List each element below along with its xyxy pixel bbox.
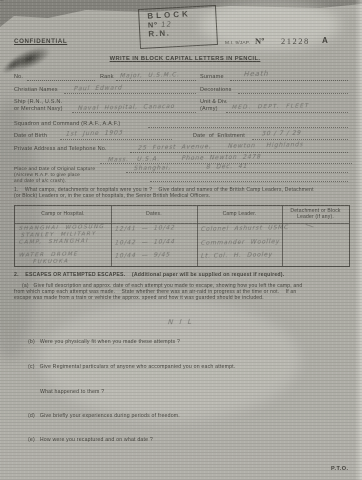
- dotted-line: [148, 126, 348, 128]
- question2-a-line3: escape was made from a train or vehicle …: [14, 295, 352, 301]
- question2-d: (d) Give briefly your experiences during…: [28, 413, 348, 419]
- dotted-line: [150, 180, 348, 182]
- page-right-edge: [355, 0, 362, 480]
- question2-e: (e) How were you recaptured and on what …: [28, 437, 348, 443]
- col-header-detachment-2: Leader (if any).: [282, 214, 349, 220]
- question1-line2: (or Block) Leaders or, in the case of ho…: [14, 193, 350, 199]
- table-row-dates: 10/42 — 10/44: [115, 238, 176, 246]
- field-address-label: Private Address and Telephone No.: [14, 146, 107, 153]
- field-unit-label-1: Unit & Div.: [200, 99, 228, 106]
- block-number-stamp: BLOCK Nº 12 R.N.: [138, 5, 218, 49]
- field-christian-names-label: Christian Names: [14, 87, 58, 94]
- field-surname-label: Surname: [200, 74, 224, 81]
- table-row-leader: Commander Woolley: [201, 238, 281, 247]
- col-header-dates: Dates.: [111, 211, 197, 217]
- table-row-camp: Fukuoka: [33, 259, 69, 266]
- dob-handwritten-value: 1st June 1903: [66, 129, 124, 137]
- page-turn-over-marking: P.T.O.: [331, 466, 349, 472]
- question2-title: 2. ESCAPES OR ATTEMPTED ESCAPES. (Additi…: [14, 272, 350, 278]
- dotted-line: [130, 151, 348, 153]
- field-ship-label-2: or Merchant Navy): [14, 106, 63, 113]
- confidential-marking: CONFIDENTIAL: [14, 38, 67, 45]
- field-rank-label: Rank: [100, 74, 114, 81]
- dotted-line: [226, 111, 348, 113]
- serial-prefix: M.I. 9/JAP.: [225, 41, 250, 47]
- field-enlistment-label: Date of Enlistment: [193, 133, 245, 140]
- table-row-dates: 10/44 — 9/45: [115, 251, 171, 259]
- table-row-camp: Water Drome: [19, 251, 79, 258]
- table-row-detachment-mark: —: [304, 220, 316, 233]
- dotted-line: [230, 79, 348, 81]
- field-capture-label-1: Place and Date of Original Capture: [14, 167, 95, 173]
- dotted-line: [27, 79, 95, 81]
- col-header-camp: Camp or Hospital.: [15, 211, 111, 217]
- field-unit-label-2: (Army): [200, 106, 218, 113]
- field-no-label: No.: [14, 74, 23, 81]
- serial-number: 21228: [281, 36, 310, 46]
- serial-no-label: Nº: [255, 36, 264, 46]
- dotted-line: [252, 138, 348, 140]
- enlistment-handwritten-value: 30 / 7 / 29: [262, 130, 302, 138]
- nil-handwritten-answer: N I L: [168, 318, 194, 327]
- block-capitals-instruction: WRITE IN BLOCK CAPITAL LETTERS IN PENCIL…: [90, 56, 280, 63]
- question2-c: (c) Give Regimental particulars of anyon…: [28, 364, 348, 370]
- question2-c2: What happened to them ?: [40, 389, 340, 395]
- serial-suffix: A: [322, 36, 328, 46]
- rank-handwritten-value: Major, U.S.M.C.: [120, 71, 180, 79]
- dotted-line: [238, 92, 348, 94]
- scanned-form-page: CONFIDENTIAL BLOCK Nº 12 R.N. M.I. 9/JAP…: [0, 0, 362, 480]
- col-header-leader: Camp Leader.: [197, 211, 282, 217]
- field-dob-label: Date of Birth: [14, 133, 47, 140]
- table-row-leader: Colonel Ashurst USMC: [201, 224, 290, 233]
- table-row-leader: Lt. Col. H. Dooley: [201, 251, 273, 260]
- field-decorations-label: Decorations: [200, 87, 232, 94]
- surname-handwritten-value: Heath: [244, 70, 270, 79]
- field-capture-label-2: (Aircrew R.A.F. to give place: [14, 173, 80, 179]
- field-ship-label-1: Ship (R.N., U.S.N.: [14, 99, 62, 106]
- camps-table: Camp or Hospital. Dates. Camp Leader. De…: [14, 205, 350, 267]
- field-capture-label-3: and date of a/c crash).: [14, 179, 66, 185]
- christian-names-handwritten-value: Paul Edward: [74, 84, 123, 92]
- field-squadron-label: Squadron and Command (R.A.F., A.A.F.): [14, 121, 120, 128]
- question2-b: (b) Were you physically fit when you mad…: [28, 339, 348, 345]
- table-row-camp: Camp, Shanghai: [19, 238, 89, 245]
- table-row-dates: 12/41 — 10/42: [115, 224, 176, 232]
- table-header-divider: [15, 223, 349, 224]
- dotted-line: [60, 138, 172, 140]
